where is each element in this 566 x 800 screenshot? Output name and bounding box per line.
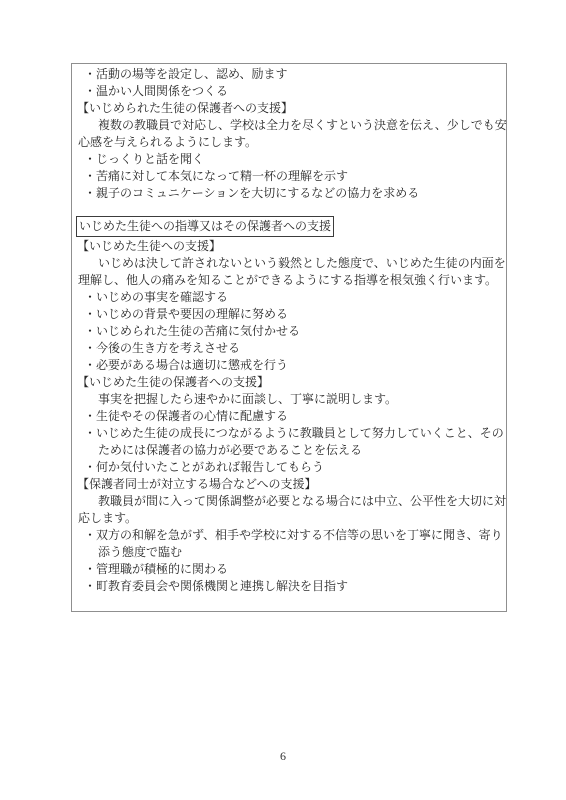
bracket-heading: 【保護者同士が対立する場合などへの支援】 xyxy=(77,476,501,493)
paragraph-line: 複数の教職員で対応し、学校は全力を尽くすという決意を伝え、少しでも安 xyxy=(98,117,501,134)
paragraph-line: 教職員が間に入って関係調整が必要となる場合には中立、公平性を大切に対 xyxy=(98,493,501,510)
page-number: 6 xyxy=(0,749,566,764)
bullet-item: ・必要がある場合は適切に懲戒を行う xyxy=(84,357,501,374)
page: ・活動の場等を設定し、認め、励ます ・温かい人間関係をつくる 【いじめられた生徒… xyxy=(0,0,566,800)
paragraph-line: 心感を与えられるようにします。 xyxy=(78,134,501,151)
bullet-item: ・いじめられた生徒の苦痛に気付かせる xyxy=(84,323,501,340)
bullet-item: ・双方の和解を急がず、相手や学校に対する不信等の思いを丁寧に聞き、寄り xyxy=(84,527,501,544)
paragraph-line: 理解し、他人の痛みを知ることができるようにする指導を根気強く行います。 xyxy=(78,272,501,289)
bullet-item-continuation: 添う態度で臨む xyxy=(98,544,501,561)
bullet-item: ・いじめた生徒の成長につながるように教職員として努力していくこと、その xyxy=(84,425,501,442)
bracket-heading: 【いじめた生徒の保護者への支援】 xyxy=(77,374,501,391)
bullet-item: ・今後の生き方を考えさせる xyxy=(84,340,501,357)
bullet-item: ・町教育委員会や関係機関と連携し解決を目指す xyxy=(84,578,501,595)
bullet-item: ・活動の場等を設定し、認め、励ます xyxy=(84,66,501,83)
paragraph-line: 応します。 xyxy=(78,510,501,527)
bracket-heading: 【いじめられた生徒の保護者への支援】 xyxy=(77,100,501,117)
bullet-item: ・管理職が積極的に関わる xyxy=(84,561,501,578)
bullet-item: ・苦痛に対して本気になって精一杯の理解を示す xyxy=(84,168,501,185)
bullet-item: ・いじめの背景や要因の理解に努める xyxy=(84,306,501,323)
paragraph-line: いじめは決して許されないという毅然とした態度で、いじめた生徒の内面を xyxy=(98,255,501,272)
bullet-item: ・じっくりと話を聞く xyxy=(84,151,501,168)
bullet-item: ・温かい人間関係をつくる xyxy=(84,83,501,100)
content-box: ・活動の場等を設定し、認め、励ます ・温かい人間関係をつくる 【いじめられた生徒… xyxy=(71,63,507,612)
boxed-section-title-line: いじめた生徒への指導又はその保護者への支援 xyxy=(76,216,501,238)
bullet-item: ・親子のコミュニケーションを大切にするなどの協力を求める xyxy=(84,185,501,202)
bullet-item: ・何か気付いたことがあれば報告してもらう xyxy=(84,459,501,476)
bullet-item: ・いじめの事実を確認する xyxy=(84,289,501,306)
boxed-section-title: いじめた生徒への指導又はその保護者への支援 xyxy=(76,216,334,237)
bullet-item: ・生徒やその保護者の心情に配慮する xyxy=(84,408,501,425)
bracket-heading: 【いじめた生徒への支援】 xyxy=(77,238,501,255)
blank-line xyxy=(77,202,501,216)
bullet-item-continuation: ためには保護者の協力が必要であることを伝える xyxy=(98,442,501,459)
paragraph-line: 事実を把握したら速やかに面談し、丁寧に説明します。 xyxy=(98,391,501,408)
